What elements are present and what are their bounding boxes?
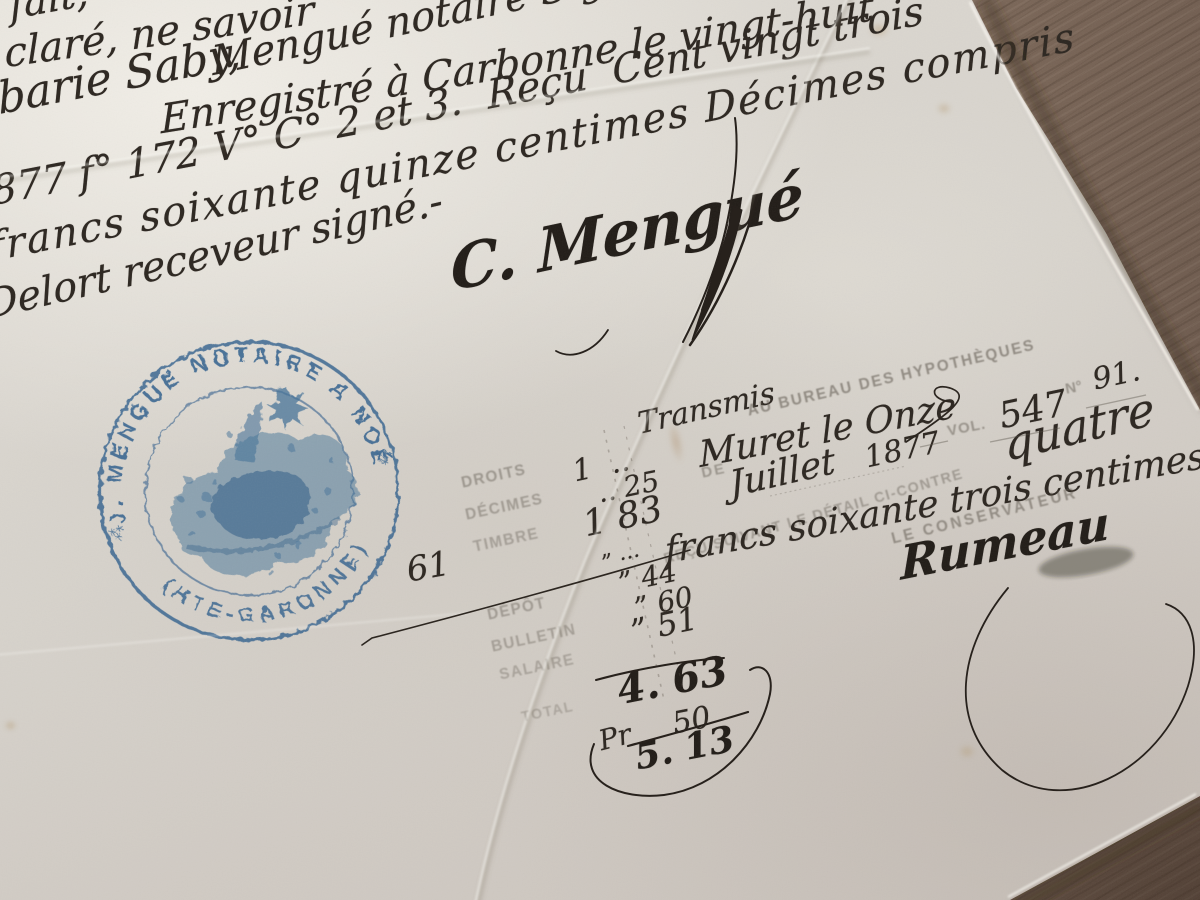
photo-of-notarial-document: fait, claré, ne savoir barie Saby, Mengu… xyxy=(0,0,1200,900)
stamp-no: N° xyxy=(1064,379,1083,397)
paper-stain xyxy=(936,102,952,115)
handwritten-ref-61: 61 xyxy=(404,546,453,587)
paper-stain xyxy=(4,720,17,731)
stamp-separator-left: ⁂ xyxy=(109,524,128,542)
paper-stain xyxy=(958,744,976,759)
stamp-graphics: J. MENGUE NOTAIRE A NOÉ (HTE-GARONNE) ⁂ … xyxy=(94,336,404,648)
notary-round-stamp: J. MENGUE NOTAIRE A NOÉ (HTE-GARONNE) ⁂ … xyxy=(94,336,404,648)
sum-prefix: Pr xyxy=(596,720,634,755)
